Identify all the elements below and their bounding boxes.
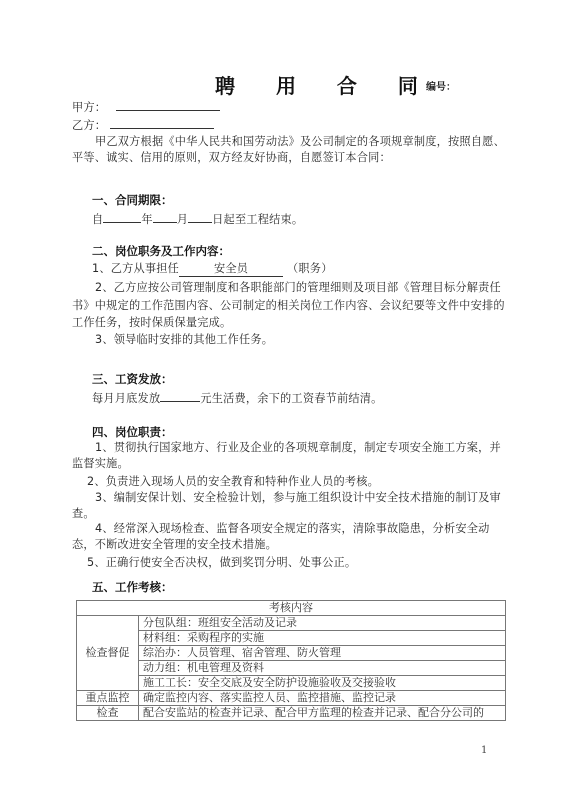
responsibility-item-2: 2、负责进入现场人员的安全教育和特种作业人员的考核。	[87, 474, 379, 490]
content-cell: 施工工长：安全交底及安全防护设施验收及交接验收	[139, 676, 506, 691]
responsibility-item-4: 4、经常深入现场检查、监督各项安全规定的落实，清除事故隐患，分析安全动态，不断改…	[72, 521, 512, 553]
evaluation-table: 考核内容 检查督促 分包队组：班组安全活动及记录 材料组：采购程序的实施 综治办…	[76, 600, 506, 721]
term-day-field[interactable]	[188, 210, 212, 223]
party-a-field[interactable]	[116, 98, 220, 111]
salary-line: 每月月底发放元生活费，余下的工资春节前结清。	[92, 389, 383, 407]
table-row: 检查督促 分包队组：班组安全活动及记录	[77, 616, 506, 631]
term-year-field[interactable]	[103, 210, 141, 223]
table-row: 重点监控 确定监控内容、落实监控人员、监控措施、监控记录	[77, 691, 506, 706]
contract-number-label: 编号：	[426, 78, 456, 93]
responsibility-item-3: 3、编制安保计划、安全检验计划，参与施工组织设计中安全技术措施的制订及审查。	[72, 490, 512, 522]
category-cell: 检查	[77, 706, 139, 721]
table-row: 检查 配合安监站的检查并记录、配合甲方监理的检查并记录、配合分公司的	[77, 706, 506, 721]
salary-amount-field[interactable]	[160, 389, 200, 402]
table-row: 施工工长：安全交底及安全防护设施验收及交接验收	[77, 676, 506, 691]
section-1-heading: 一、合同期限：	[92, 192, 173, 208]
party-b-line: 乙方：	[72, 116, 214, 134]
responsibility-item-1: 1、贯彻执行国家地方、行业及企业的各项规章制度，制定专项安全施工方案，并监督实施…	[72, 440, 512, 472]
position-line: 1、乙方从事担任安全员（职务）	[92, 261, 333, 277]
table-row: 综治办：人员管理、宿舍管理、防火管理	[77, 646, 506, 661]
table-row: 材料组：采购程序的实施	[77, 631, 506, 646]
content-cell: 材料组：采购程序的实施	[139, 631, 506, 646]
position-field[interactable]: 安全员	[179, 263, 283, 277]
content-cell: 确定监控内容、落实监控人员、监控措施、监控记录	[139, 691, 506, 706]
page-number: 1	[481, 745, 487, 756]
party-a-line: 甲方：	[72, 98, 220, 116]
section-4-heading: 四、岗位职责：	[92, 424, 173, 440]
section-2-heading: 二、岗位职务及工作内容：	[92, 243, 230, 259]
party-b-label: 乙方：	[72, 119, 106, 132]
term-prefix: 自	[92, 213, 103, 226]
category-cell: 重点监控	[77, 691, 139, 706]
section-3-heading: 三、工资发放：	[92, 371, 173, 387]
content-cell: 综治办：人员管理、宿舍管理、防火管理	[139, 646, 506, 661]
term-year-label: 年	[141, 213, 152, 226]
content-cell: 配合安监站的检查并记录、配合甲方监理的检查并记录、配合分公司的	[139, 706, 506, 721]
salary-suffix: 元生活费，余下的工资春节前结清。	[200, 392, 382, 405]
term-month-field[interactable]	[153, 210, 177, 223]
content-cell: 分包队组：班组安全活动及记录	[139, 616, 506, 631]
table-row: 动力组：机电管理及资料	[77, 661, 506, 676]
section-5-heading: 五、工作考核：	[92, 579, 173, 595]
party-b-field[interactable]	[110, 116, 214, 129]
term-line: 自年月日起至工程结束。	[92, 210, 303, 228]
duty-item-2: 2、乙方应按公司管理制度和各职能部门的管理细则及项目部《管理目标分解责任书》中规…	[72, 279, 512, 332]
table-header-cell: 考核内容	[77, 601, 506, 616]
duty-item-3: 3、领导临时安排的其他工作任务。	[95, 332, 273, 348]
responsibility-item-5: 5、正确行使安全否决权，做到奖罚分明、处事公正。	[87, 555, 356, 571]
category-cell: 检查督促	[77, 616, 139, 691]
party-a-label: 甲方：	[72, 101, 106, 114]
table-header-row: 考核内容	[77, 601, 506, 616]
intro-paragraph: 甲乙双方根据《中华人民共和国劳动法》及公司制定的各项规章制度，按照自愿、平等、诚…	[72, 134, 512, 166]
salary-prefix: 每月月底发放	[92, 392, 160, 405]
position-suffix: （职务）	[287, 262, 333, 275]
content-cell: 动力组：机电管理及资料	[139, 661, 506, 676]
term-month-label: 月	[177, 213, 188, 226]
document-title: 聘 用 合 同	[215, 70, 435, 99]
position-prefix: 1、乙方从事担任	[92, 262, 179, 275]
term-suffix: 日起至工程结束。	[212, 213, 303, 226]
